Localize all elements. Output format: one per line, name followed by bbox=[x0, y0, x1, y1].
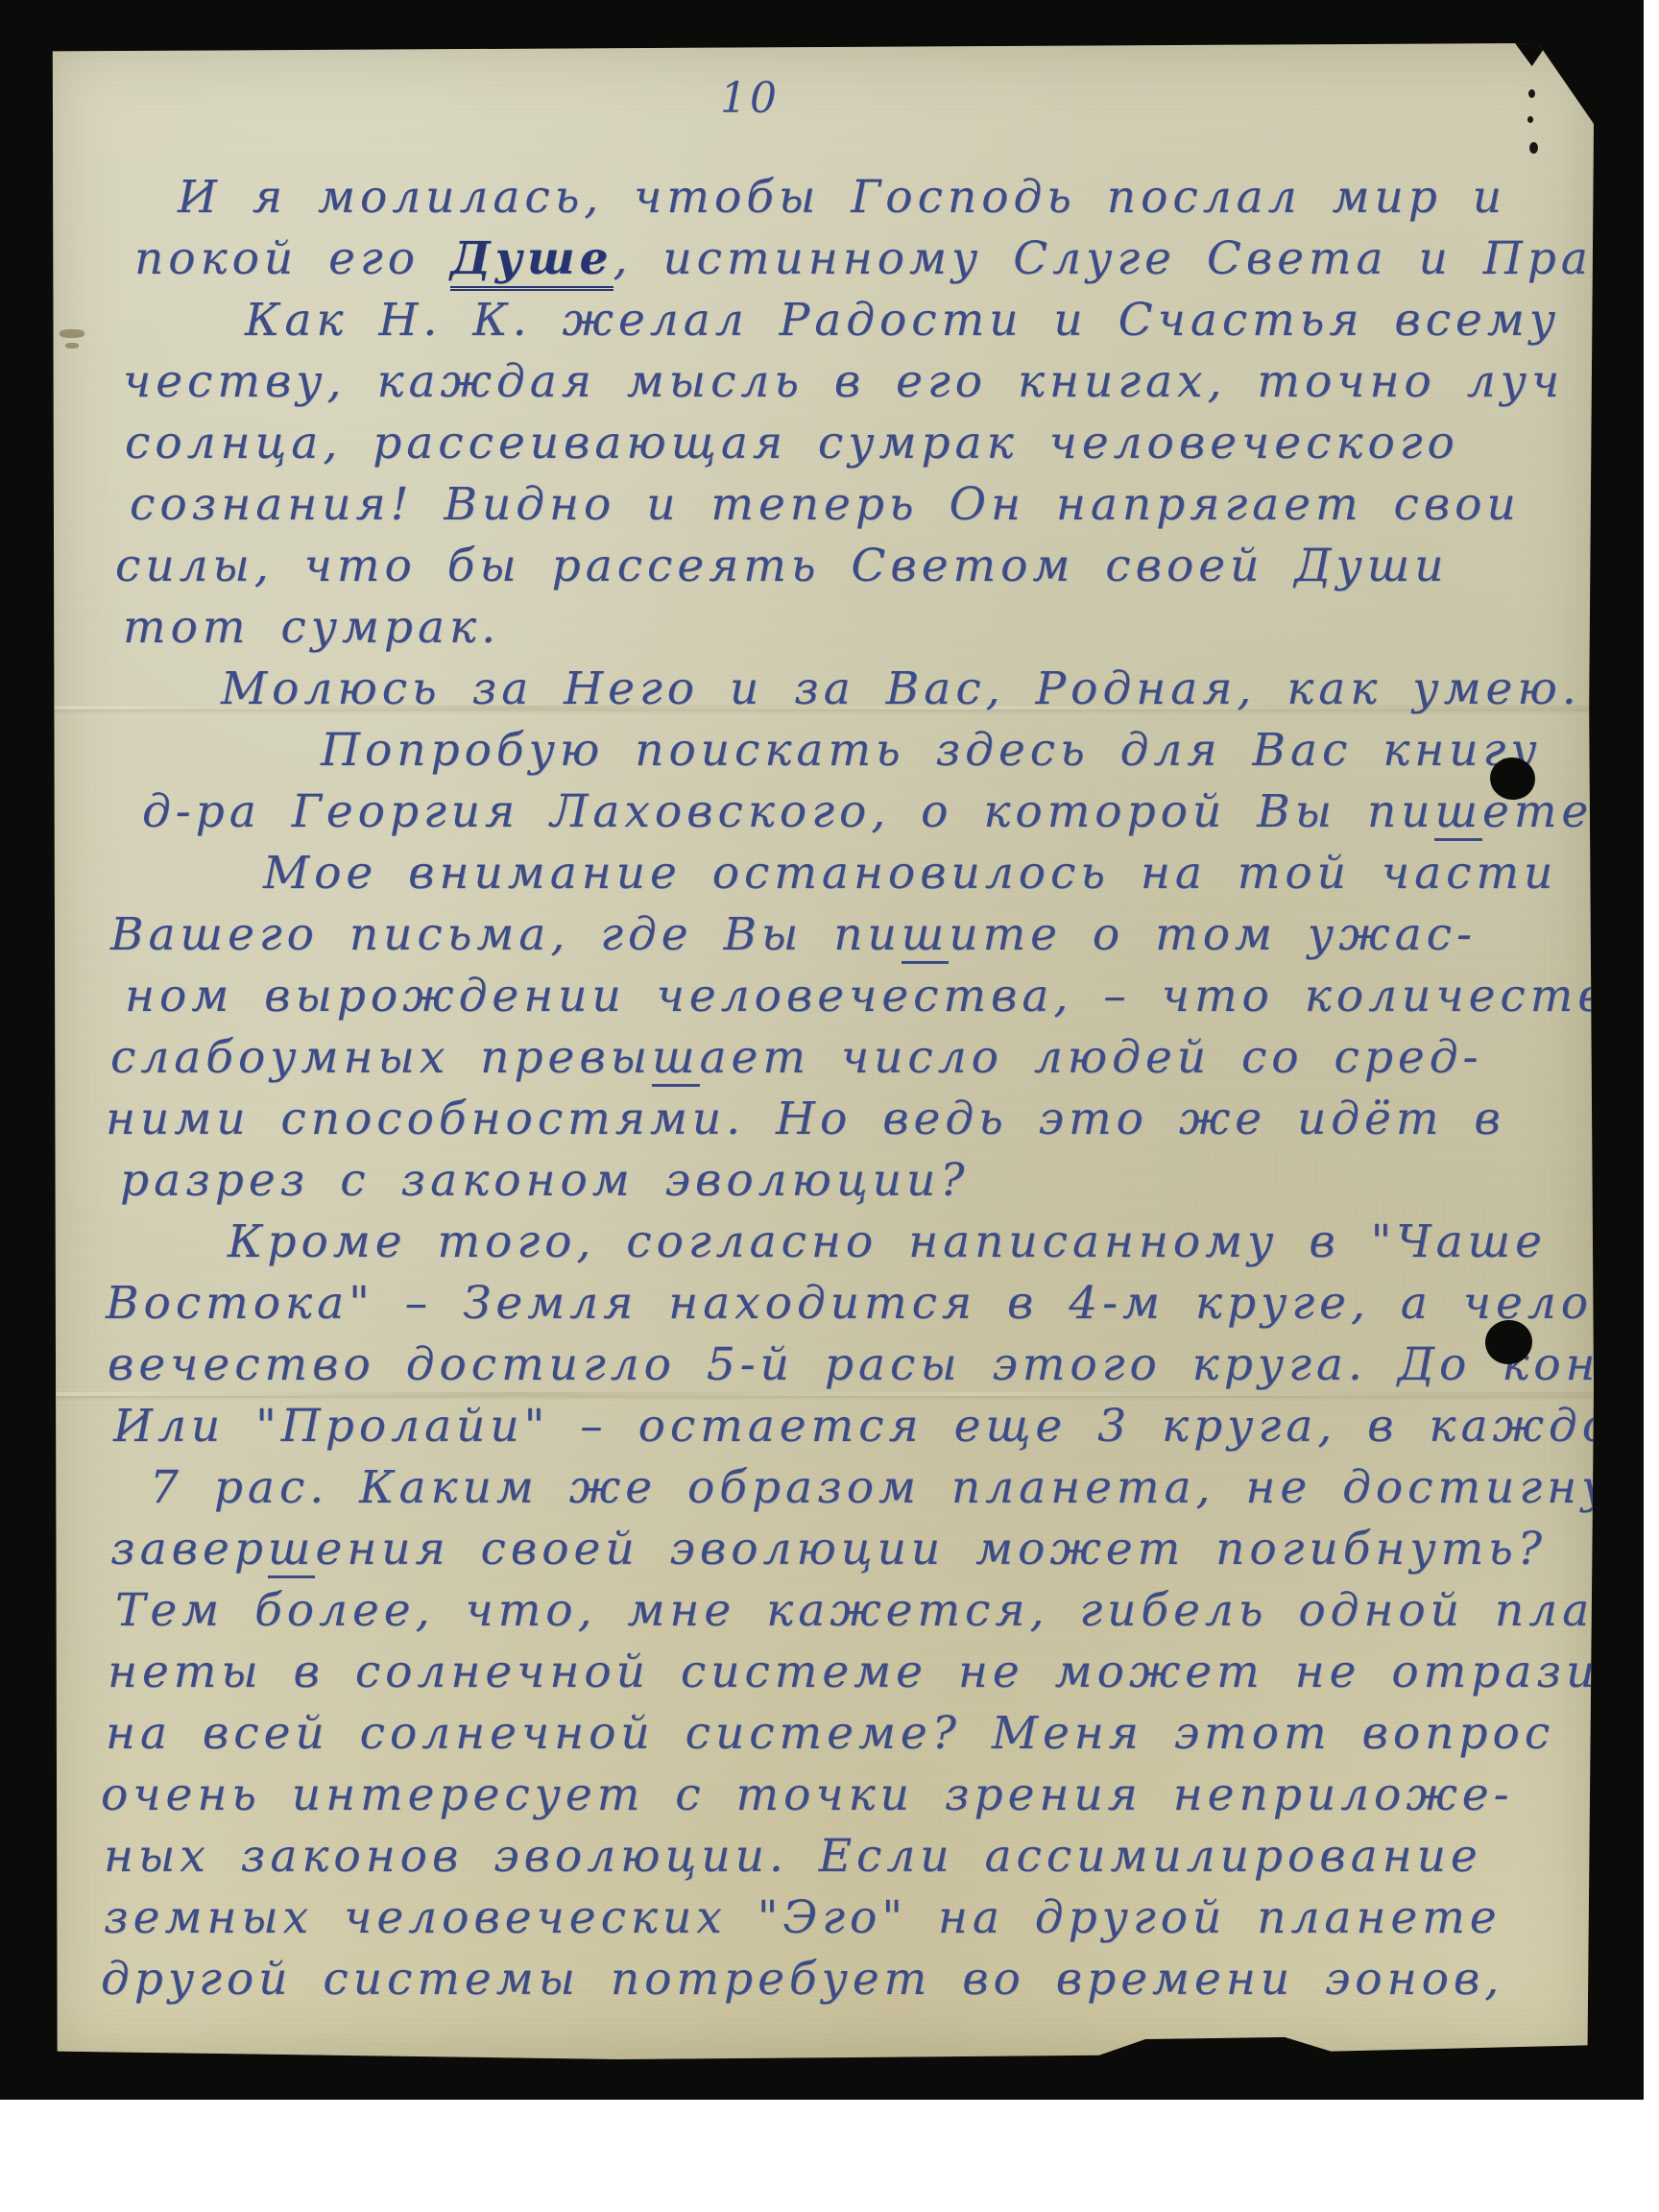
letter-line: тот сумрак. bbox=[123, 601, 500, 655]
letter-line: честву, каждая мысль в его книгах, точно… bbox=[123, 355, 1564, 409]
line-segment: д-ра Георгия Лаховского, о которой Вы пи bbox=[142, 785, 1434, 838]
scanned-letter-page: 10 И я молилась, чтобы Господь послал ми… bbox=[0, 0, 1659, 2212]
underlined-letter: ш bbox=[902, 908, 950, 964]
line-segment: ения своей эволюции может погибнуть? bbox=[315, 1523, 1547, 1575]
ink-dot bbox=[1529, 142, 1538, 154]
line-segment: ите о том ужас- bbox=[949, 908, 1477, 961]
letter-line: Вашего письма, где Вы пишите о том ужас- bbox=[110, 908, 1477, 962]
letter-line: разрез с законом эволюции? bbox=[120, 1154, 969, 1208]
line-segment: Вашего письма, где Вы пи bbox=[110, 908, 902, 961]
line-segment: покой его bbox=[134, 232, 450, 285]
emphasized-word: Душе bbox=[450, 232, 613, 291]
letter-line: завершения своей эволюции может погибнут… bbox=[110, 1523, 1547, 1576]
letter-line: покой его Душе, истинному Слуге Света и … bbox=[134, 232, 1659, 286]
letter-paper: 10 И я молилась, чтобы Господь послал ми… bbox=[48, 43, 1594, 2059]
letter-line: Или "Пролайи" – остается еще 3 круга, в … bbox=[113, 1400, 1656, 1454]
letter-line: другой системы потребует во времени эоно… bbox=[101, 1953, 1503, 2007]
letter-line: сознания! Видно и теперь Он напрягает св… bbox=[130, 478, 1521, 532]
letter-line: ных законов эволюции. Если ассимилирован… bbox=[104, 1830, 1482, 1884]
letter-line: Кроме того, согласно написанному в "Чаше bbox=[228, 1215, 1547, 1269]
letter-line: Мое внимание остановилось на той части bbox=[263, 847, 1557, 901]
letter-line: земных человеческих "Эго" на другой план… bbox=[104, 1891, 1502, 1945]
letter-line: слабоумных превышает число людей со сред… bbox=[110, 1031, 1482, 1085]
letter-line: очень интересует с точки зрения неприлож… bbox=[101, 1768, 1513, 1822]
letter-line: И я молилась, чтобы Господь послал мир и bbox=[178, 171, 1506, 225]
letter-line: на всей солнечной системе? Меня этот воп… bbox=[106, 1707, 1554, 1761]
letter-line: солнца, рассеивающая сумрак человеческог… bbox=[125, 417, 1459, 470]
ink-dot bbox=[1527, 116, 1533, 123]
letter-line: 7 рас. Каким же образом планета, не дост… bbox=[150, 1461, 1644, 1515]
underlined-letter: ш bbox=[1434, 785, 1482, 841]
paper-speck bbox=[60, 329, 84, 338]
letter-line: ними способностями. Но ведь это же идёт … bbox=[106, 1093, 1505, 1146]
page-number: 10 bbox=[720, 74, 780, 123]
letter-line: Молюсь за Него и за Вас, Родная, как уме… bbox=[221, 662, 1581, 716]
underlined-letter: ш bbox=[268, 1523, 316, 1578]
line-segment: ает число людей со сред- bbox=[700, 1031, 1483, 1084]
line-segment: , истинному Слуге Света и Правды. bbox=[613, 232, 1659, 285]
underlined-letter: ш bbox=[652, 1031, 700, 1087]
ink-dot bbox=[1528, 89, 1535, 98]
letter-line: Попробую поискать здесь для Вас книгу bbox=[321, 724, 1542, 778]
letter-line: силы, что бы рассеять Светом своей Души bbox=[115, 540, 1449, 593]
letter-line: Тем более, что, мне кажется, гибель одно… bbox=[115, 1584, 1614, 1638]
line-segment: слабоумных превы bbox=[110, 1031, 652, 1084]
letter-line: Как Н. К. желал Радости и Счастья всему … bbox=[245, 294, 1659, 348]
letter-line: вечество достигло 5-й расы этого круга. … bbox=[108, 1338, 1659, 1392]
paper-speck bbox=[65, 343, 79, 349]
letter-line: неты в солнечной системе не может не отр… bbox=[108, 1646, 1659, 1699]
letter-line: Востока" – Земля находится в 4-м круге, … bbox=[106, 1277, 1613, 1331]
line-segment: завер bbox=[110, 1523, 268, 1575]
letter-line: ном вырождении человечества, – что колич… bbox=[125, 970, 1641, 1023]
letter-line: д-ра Георгия Лаховского, о которой Вы пи… bbox=[142, 785, 1612, 839]
fold-crease-lower bbox=[48, 1392, 1594, 1396]
